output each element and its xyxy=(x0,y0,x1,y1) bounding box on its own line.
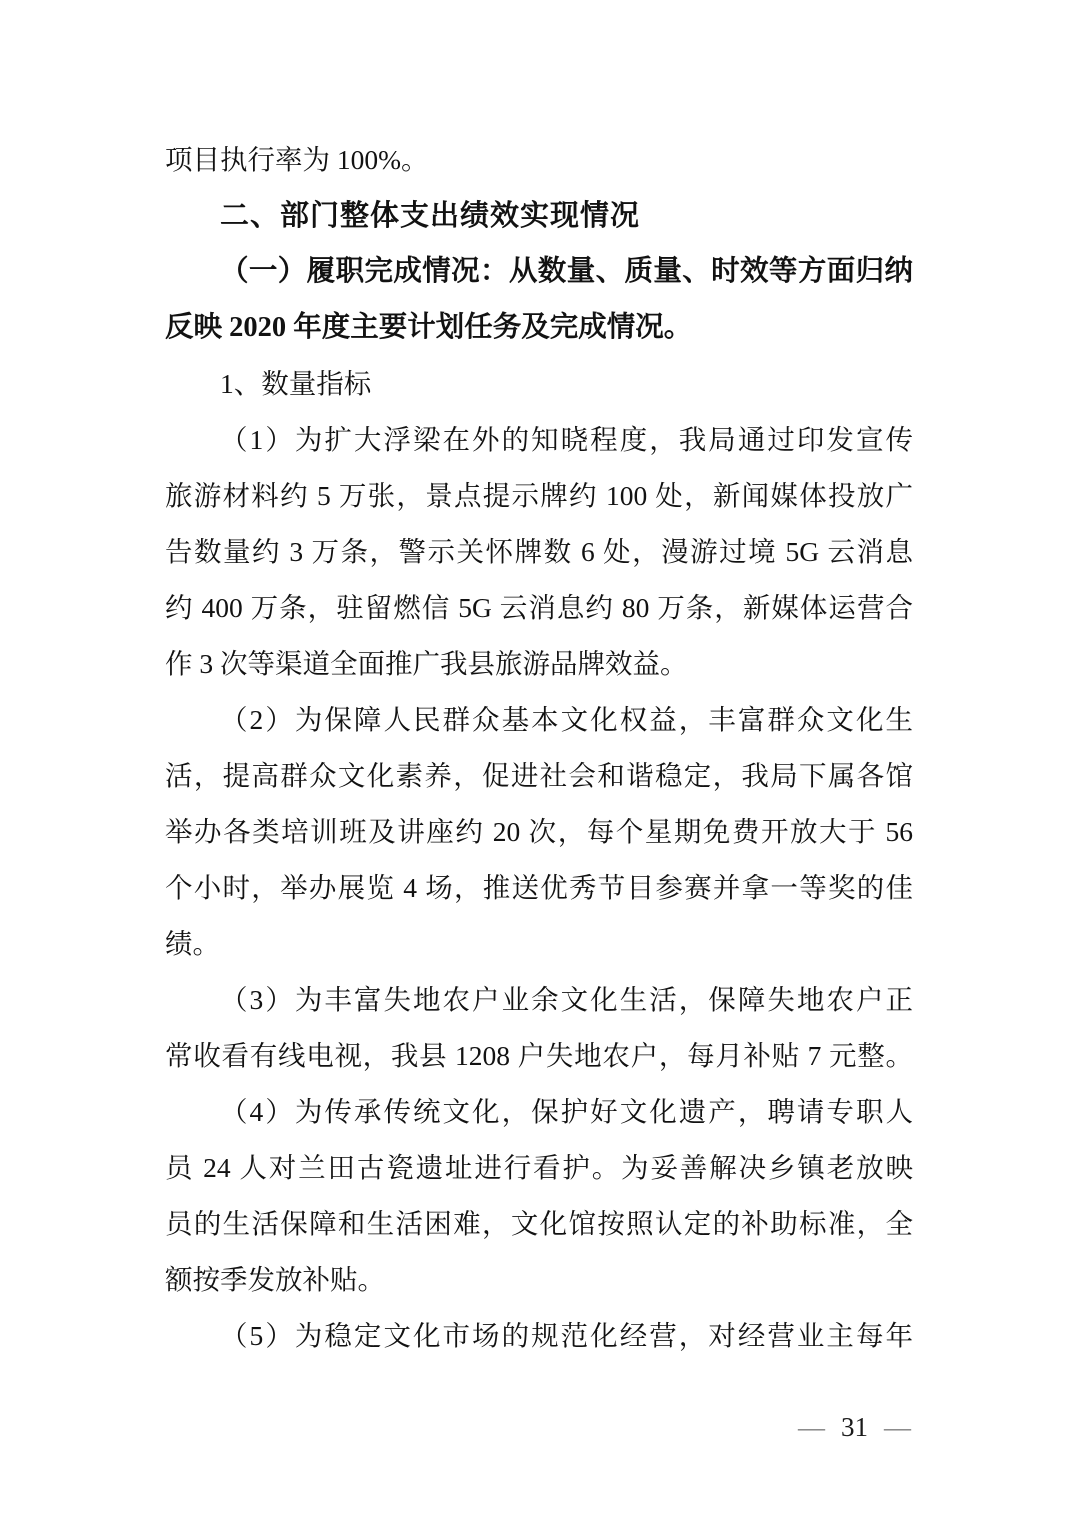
text-line: 活，提高群众文化素养，促进社会和谐稳定，我局下属各馆 xyxy=(165,748,913,804)
document-body: 项目执行率为 100%。二、部门整体支出绩效实现情况（一）履职完成情况：从数量、… xyxy=(165,132,913,1364)
text-line: 告数量约 3 万条，警示关怀牌数 6 处，漫游过境 5G 云消息 xyxy=(165,524,913,580)
text-line: （一）履职完成情况：从数量、质量、时效等方面归纳 xyxy=(165,244,913,300)
text-line: 旅游材料约 5 万张，景点提示牌约 100 处，新闻媒体投放广 xyxy=(165,468,913,524)
text-line: 个小时，举办展览 4 场，推送优秀节目参赛并拿一等奖的佳 xyxy=(165,860,913,916)
document-page: 项目执行率为 100%。二、部门整体支出绩效实现情况（一）履职完成情况：从数量、… xyxy=(0,0,1074,1520)
text-line: 约 400 万条，驻留燃信 5G 云消息约 80 万条，新媒体运营合 xyxy=(165,580,913,636)
text-line: 举办各类培训班及讲座约 20 次，每个星期免费开放大于 56 xyxy=(165,804,913,860)
text-line: 项目执行率为 100%。 xyxy=(165,132,913,188)
text-line: （3）为丰富失地农户业余文化生活，保障失地农户正 xyxy=(165,972,913,1028)
text-line: 员 24 人对兰田古瓷遗址进行看护。为妥善解决乡镇老放映 xyxy=(165,1140,913,1196)
text-line: 绩。 xyxy=(165,916,913,972)
page-number: —31— xyxy=(798,1400,911,1454)
text-line: 额按季发放补贴。 xyxy=(165,1252,913,1308)
text-line: 1、数量指标 xyxy=(165,356,913,412)
text-line: （2）为保障人民群众基本文化权益，丰富群众文化生 xyxy=(165,692,913,748)
text-line: （5）为稳定文化市场的规范化经营，对经营业主每年 xyxy=(165,1308,913,1364)
page-number-right-dash: — xyxy=(884,1412,911,1442)
page-number-left-dash: — xyxy=(798,1412,825,1442)
page-number-value: 31 xyxy=(841,1412,868,1442)
text-line: 作 3 次等渠道全面推广我县旅游品牌效益。 xyxy=(165,636,913,692)
text-line: 反映 2020 年度主要计划任务及完成情况。 xyxy=(165,300,913,356)
text-line: （4）为传承传统文化，保护好文化遗产，聘请专职人 xyxy=(165,1084,913,1140)
text-line: 员的生活保障和生活困难，文化馆按照认定的补助标准，全 xyxy=(165,1196,913,1252)
text-line: 常收看有线电视，我县 1208 户失地农户，每月补贴 7 元整。 xyxy=(165,1028,913,1084)
text-line: （1）为扩大浮梁在外的知晓程度，我局通过印发宣传 xyxy=(165,412,913,468)
text-line: 二、部门整体支出绩效实现情况 xyxy=(165,188,913,244)
